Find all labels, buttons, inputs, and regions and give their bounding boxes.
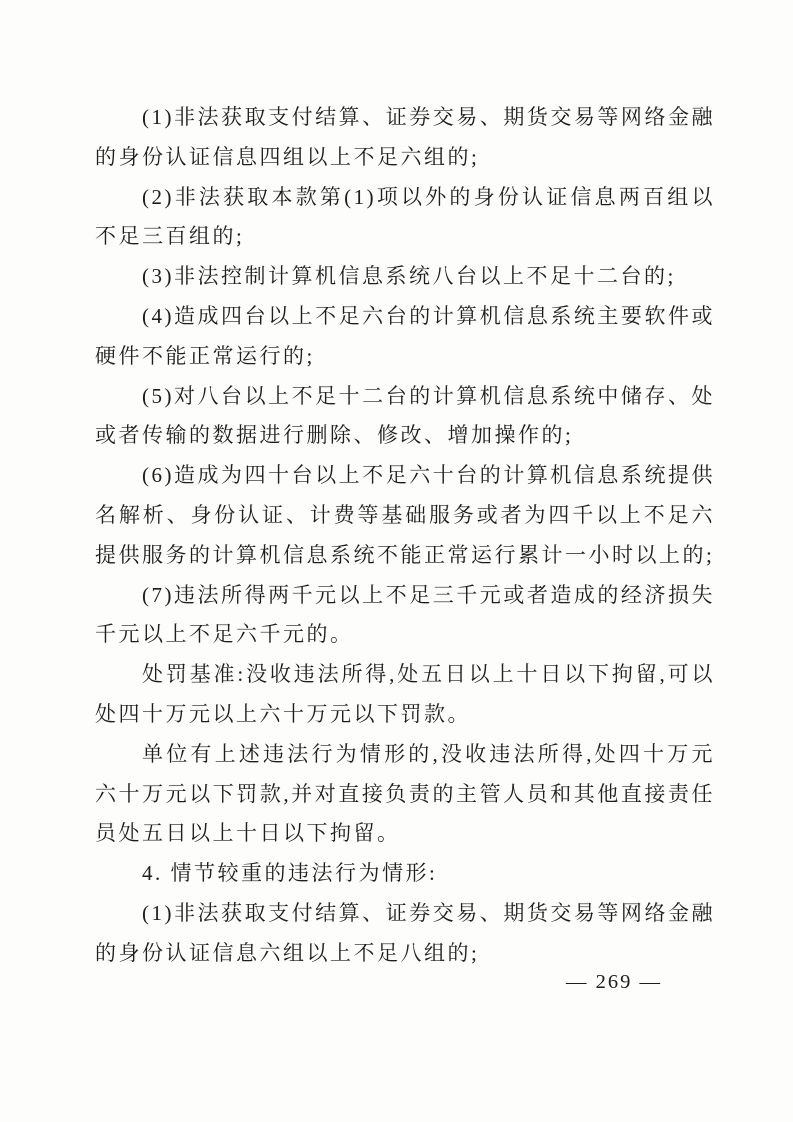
text-line: 或者传输的数据进行删除、修改、增加操作的;: [95, 416, 715, 456]
text-line: 单位有上述违法行为情形的,没收违法所得,处四十万元以上: [95, 735, 715, 775]
text-line: (1)非法获取支付结算、证券交易、期货交易等网络金融服务: [95, 98, 715, 138]
text-line: (2)非法获取本款第(1)项以外的身份认证信息两百组以上: [95, 178, 715, 218]
text-line: 处罚基准:没收违法所得,处五日以上十日以下拘留,可以并: [95, 655, 715, 695]
text-line: (3)非法控制计算机信息系统八台以上不足十二台的;: [95, 257, 715, 297]
text-line: (5)对八台以上不足十二台的计算机信息系统中储存、处理: [95, 377, 715, 417]
text-line: (7)违法所得两千元以上不足三千元或者造成的经济损失四: [95, 576, 715, 616]
text-line: 千元以上不足六千元的。: [95, 615, 715, 655]
text-line: 名解析、身份认证、计费等基础服务或者为四千以上不足六千用户: [95, 496, 715, 536]
text-line: 的身份认证信息四组以上不足六组的;: [95, 138, 715, 178]
text-line: 六十万元以下罚款,并对直接负责的主管人员和其他直接责任人: [95, 775, 715, 815]
text-line: 不足三百组的;: [95, 217, 715, 257]
text-line: 员处五日以上十日以下拘留。: [95, 814, 715, 854]
page-number: — 269 —: [566, 969, 662, 995]
text-block: (1)非法获取支付结算、证券交易、期货交易等网络金融服务 的身份认证信息四组以上…: [95, 98, 715, 974]
text-line: 的身份认证信息六组以上不足八组的;: [95, 934, 715, 974]
text-line: 处四十万元以上六十万元以下罚款。: [95, 695, 715, 735]
text-line: 硬件不能正常运行的;: [95, 337, 715, 377]
document-page: (1)非法获取支付结算、证券交易、期货交易等网络金融服务 的身份认证信息四组以上…: [0, 0, 793, 1122]
text-line: (4)造成四台以上不足六台的计算机信息系统主要软件或者: [95, 297, 715, 337]
text-line: 4. 情节较重的违法行为情形:: [95, 854, 715, 894]
text-line: (1)非法获取支付结算、证券交易、期货交易等网络金融服务: [95, 894, 715, 934]
text-line: (6)造成为四十台以上不足六十台的计算机信息系统提供域: [95, 456, 715, 496]
text-line: 提供服务的计算机信息系统不能正常运行累计一小时以上的;: [95, 536, 715, 576]
